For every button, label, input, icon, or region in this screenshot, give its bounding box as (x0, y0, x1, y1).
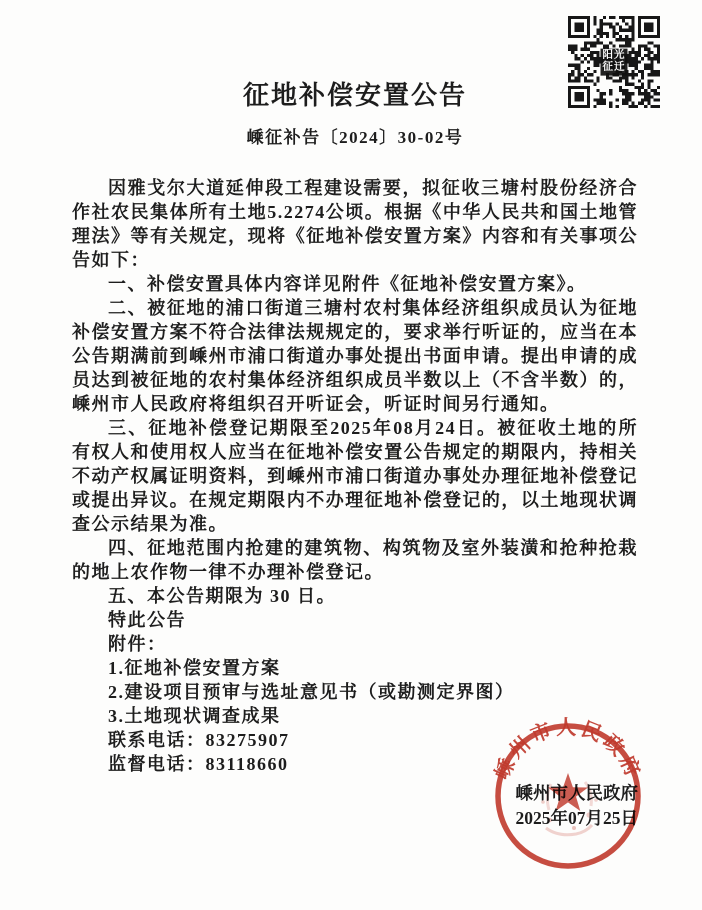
paragraph-item-4: 四、征地范围内抢建的建筑物、构筑物及室外装潢和抢种抢栽的地上农作物一律不办理补偿… (72, 536, 638, 584)
page-title: 征地补偿安置公告 (72, 80, 638, 112)
attachment-item: 1.征地补偿安置方案 (72, 656, 638, 680)
paragraph-item-2: 二、被征地的浦口街道三塘村农村集体经济组织成员认为征地补偿安置方案不符合法律法规… (72, 296, 638, 416)
attachment-item: 3.土地现状调查成果 (72, 704, 638, 728)
paragraph-intro: 因雅戈尔大道延伸段工程建设需要，拟征收三塘村股份经济合作社农民集体所有土地5.2… (72, 176, 638, 272)
attachment-item: 2.建设项目预审与选址意见书（或勘测定界图） (72, 680, 638, 704)
qr-center-label: 阳光 征迁 (601, 49, 628, 76)
paragraph-item-1: 一、补偿安置具体内容详见附件《征地补偿安置方案》。 (72, 272, 638, 296)
supervision-phone-line: 监督电话：83118660 (72, 752, 638, 776)
signature-date: 2025年07月25日 (516, 806, 639, 831)
signature-issuer: 嵊州市人民政府 (516, 781, 639, 806)
document-body: 征地补偿安置公告 嵊征补告〔2024〕30-02号 因雅戈尔大道延伸段工程建设需… (0, 0, 702, 776)
announcement-page: 阳光 征迁 征地补偿安置公告 嵊征补告〔2024〕30-02号 因雅戈尔大道延伸… (0, 0, 702, 910)
contact-phone-line: 联系电话：83275907 (72, 728, 638, 752)
doc-number: 嵊征补告〔2024〕30-02号 (72, 128, 638, 148)
signature-block: 嵊州市人民政府 2025年07月25日 (516, 781, 639, 831)
closing-line: 特此公告 (72, 608, 638, 632)
paragraph-item-3: 三、征地补偿登记期限至2025年08月24日。被征收土地的所有权人和使用权人应当… (72, 416, 638, 536)
attachments-label: 附件： (72, 632, 638, 656)
qr-code: 阳光 征迁 (568, 16, 660, 108)
paragraph-item-5: 五、本公告期限为 30 日。 (72, 584, 638, 608)
document-content: 因雅戈尔大道延伸段工程建设需要，拟征收三塘村股份经济合作社农民集体所有土地5.2… (72, 176, 638, 776)
